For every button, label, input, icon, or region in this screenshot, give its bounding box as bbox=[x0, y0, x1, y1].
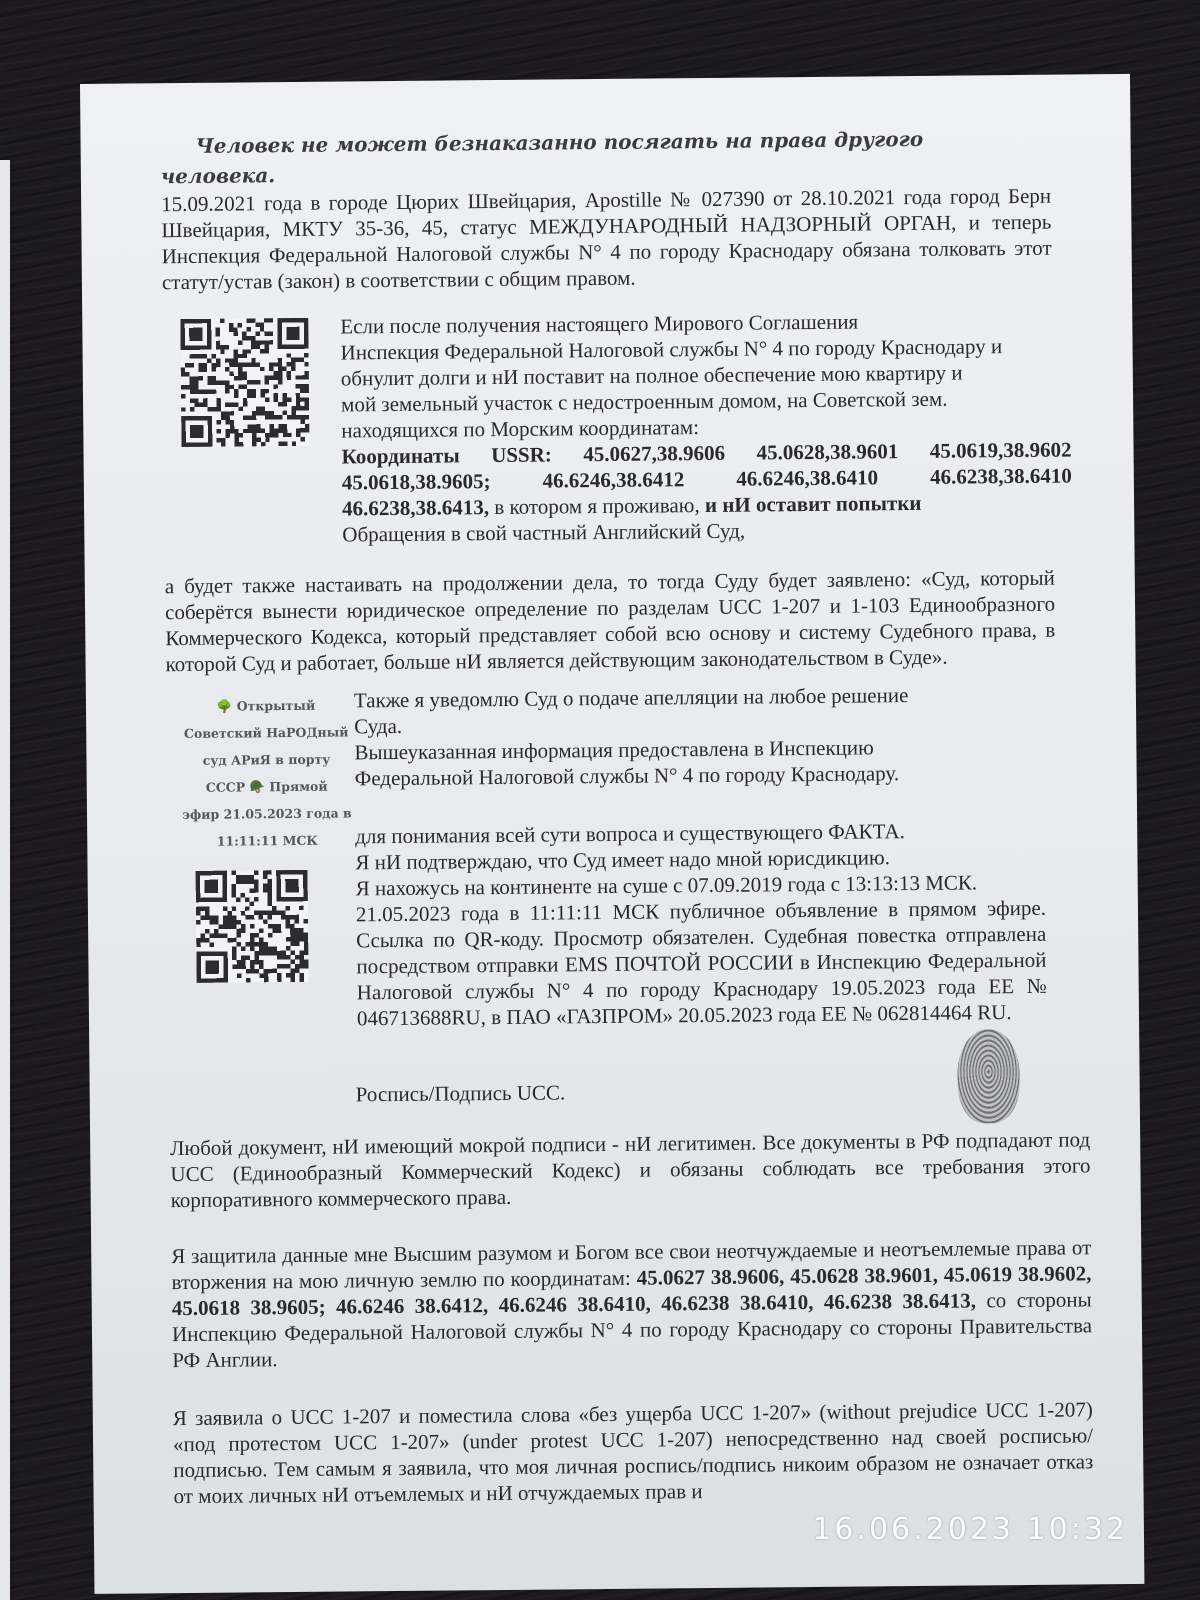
caption-line: эфир 21.05.2023 года в bbox=[167, 799, 367, 828]
coordinates-tail: в котором я проживаю, bbox=[489, 493, 705, 519]
paragraph-ucc-declaration: Я заявила о UCC 1-207 и поместила слова … bbox=[173, 1396, 1094, 1509]
jurisdiction-statement: для понимания всей сути вопроса и сущест… bbox=[355, 817, 1047, 1032]
caption-line: суд АРиЯ в порту bbox=[166, 745, 366, 774]
paragraph-apostille: 15.09.2021 года в городе Цюрих Швейцария… bbox=[161, 183, 1052, 296]
document-page: Человек не может безнаказанно посягать н… bbox=[80, 74, 1144, 1594]
paragraph-wet-signature: Любой документ, нИ имеющий мокрой подпис… bbox=[170, 1126, 1091, 1213]
coordinates-block: Координаты USSR: 45.0627,38.9606 45.0628… bbox=[341, 436, 1072, 521]
qr-code-icon[interactable] bbox=[196, 870, 309, 983]
photo-timestamp: 16.06.2023 10:32 bbox=[812, 1512, 1128, 1547]
summons-text: 21.05.2023 года в 11:11:11 МСК публичное… bbox=[356, 895, 1047, 1032]
caption-line: СССР 🪖 Прямой bbox=[167, 772, 367, 801]
paragraph-protected-rights: Я защитила данные мне Высшим разумом и Б… bbox=[171, 1234, 1092, 1373]
caption-line: 🌳 Открытый bbox=[166, 691, 366, 720]
appeal-line: Федеральной Налоговой службы N° 4 по гор… bbox=[355, 759, 1035, 792]
qr-code-icon[interactable] bbox=[180, 318, 309, 447]
coordinates-tail-bold: и нИ оставит попытки bbox=[705, 491, 922, 517]
broadcast-caption: 🌳 Открытый Советский НаРОДный суд АРиЯ в… bbox=[166, 691, 368, 855]
caption-line: Советский НаРОДный bbox=[166, 718, 366, 747]
adjacent-paper-sheet bbox=[0, 160, 10, 1600]
caption-line: 11:11:11 МСК bbox=[167, 826, 367, 855]
document-title: Человек не может безнаказанно посягать н… bbox=[160, 123, 1021, 191]
signature-label: Роспись/Подпись UCC. bbox=[356, 1078, 756, 1108]
fingerprint-icon bbox=[957, 1029, 1020, 1124]
paragraph-court-statement: а будет также настаивать на продолжении … bbox=[165, 565, 1056, 678]
appeal-notice: Также я уведомлю Суд о подаче апелляции … bbox=[354, 681, 1035, 792]
settlement-conditions: Если после получения настоящего Мирового… bbox=[340, 307, 1072, 548]
